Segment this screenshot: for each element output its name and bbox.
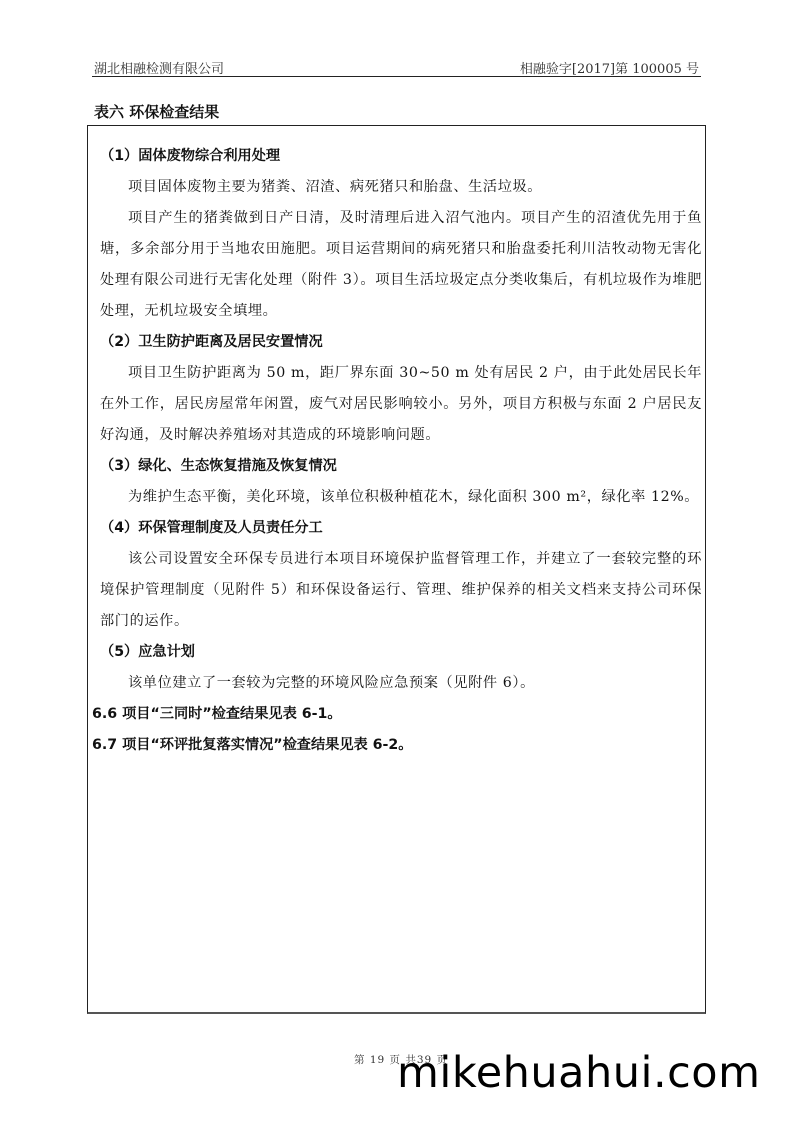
section-emergency-plan: （5）应急计划 该单位建立了一套较为完整的环境风险应急预案（见附件 6）。 — [96, 637, 702, 699]
section-paragraph: 项目固体废物主要为猪粪、沼渣、病死猪只和胎盘、生活垃圾。 — [96, 172, 702, 203]
section-paragraph: 该公司设置安全环保专员进行本项目环境保护监督管理工作，并建立了一套较完整的环境保… — [96, 544, 702, 637]
section-health-protection: （2）卫生防护距离及居民安置情况 项目卫生防护距离为 50 m，距厂界东面 30… — [96, 327, 702, 451]
summary-line-6-6: 6.6 项目“三同时”检查结果见表 6-1。 — [92, 699, 702, 730]
results-content: （1）固体废物综合利用处理 项目固体废物主要为猪粪、沼渣、病死猪只和胎盘、生活垃… — [96, 141, 702, 761]
section-paragraph: 项目卫生防护距离为 50 m，距厂界东面 30~50 m 处有居民 2 户，由于… — [96, 358, 702, 451]
table-title: 表六 环保检查结果 — [94, 101, 219, 122]
section-paragraph: 项目产生的猪粪做到日产日清，及时清理后进入沼气池内。项目产生的沼渣优先用于鱼塘，… — [96, 203, 702, 327]
watermark-text: mikehuahui.com — [397, 1048, 760, 1098]
document-number: 相融验字[2017]第 100005 号 — [520, 58, 699, 77]
company-name: 湖北相融检测有限公司 — [94, 58, 224, 77]
header-divider — [92, 76, 701, 77]
section-heading: （4）环保管理制度及人员责任分工 — [96, 513, 702, 544]
section-greening: （3）绿化、生态恢复措施及恢复情况 为维护生态平衡，美化环境，该单位积极种植花木… — [96, 451, 702, 513]
section-heading: （2）卫生防护距离及居民安置情况 — [96, 327, 702, 358]
section-solid-waste: （1）固体废物综合利用处理 项目固体废物主要为猪粪、沼渣、病死猪只和胎盘、生活垃… — [96, 141, 702, 327]
section-management: （4）环保管理制度及人员责任分工 该公司设置安全环保专员进行本项目环境保护监督管… — [96, 513, 702, 637]
section-heading: （1）固体废物综合利用处理 — [96, 141, 702, 172]
section-heading: （3）绿化、生态恢复措施及恢复情况 — [96, 451, 702, 482]
section-heading: （5）应急计划 — [96, 637, 702, 668]
summary-line-6-7: 6.7 项目“环评批复落实情况”检查结果见表 6-2。 — [92, 730, 702, 761]
section-paragraph: 为维护生态平衡，美化环境，该单位积极种植花木，绿化面积 300 m²，绿化率 1… — [96, 482, 702, 513]
section-paragraph: 该单位建立了一套较为完整的环境风险应急预案（见附件 6）。 — [96, 668, 702, 699]
